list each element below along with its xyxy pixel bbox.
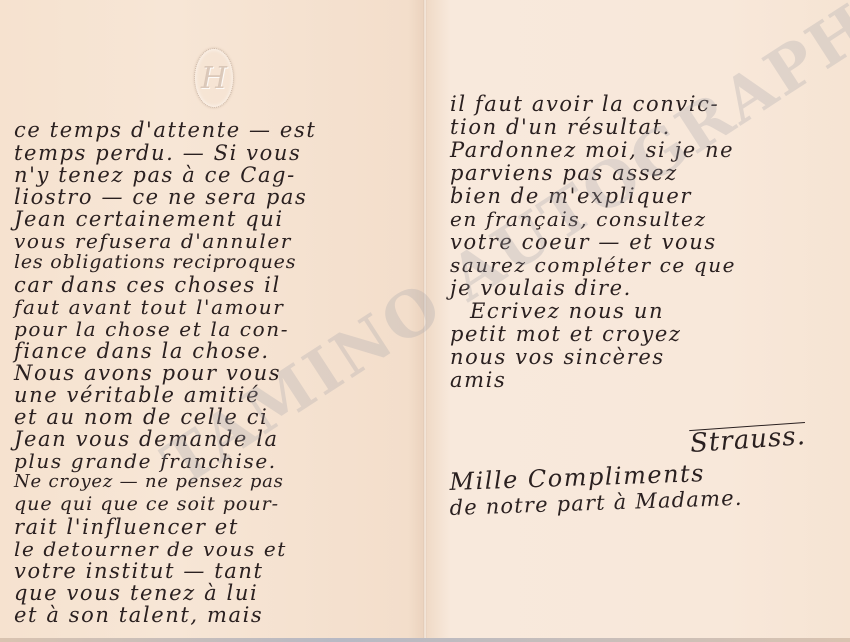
handwritten-line: temps perdu. — Si vous [14, 141, 301, 165]
signature: Strauss. [689, 422, 806, 457]
handwritten-line: en français, consultez [450, 207, 707, 231]
handwritten-line: rait l'influencer et [14, 515, 239, 539]
handwritten-line: et au nom de celle ci [14, 405, 268, 429]
handwritten-line: Pardonnez moi, si je ne [450, 138, 734, 162]
handwritten-line: que vous tenez à lui [14, 581, 258, 605]
page-bottom-edge [0, 638, 850, 642]
handwritten-line: votre coeur — et vous [450, 230, 717, 254]
handwritten-line: n'y tenez pas à ce Cag- [14, 163, 296, 187]
handwritten-line: Ne croyez — ne pensez pas [14, 471, 284, 492]
handwritten-line: pour la chose et la con- [14, 317, 289, 341]
handwritten-line: Jean vous demande la [14, 427, 279, 451]
handwritten-line: tion d'un résultat. [450, 115, 671, 139]
handwritten-line: nous vos sincères [450, 345, 665, 369]
handwritten-line: petit mot et croyez [450, 322, 682, 346]
handwritten-line: et à son talent, mais [14, 603, 263, 627]
handwritten-line: les obligations reciproques [14, 251, 296, 273]
handwritten-line: le detourner de vous et [14, 537, 287, 561]
handwritten-line: saurez compléter ce que [450, 253, 736, 277]
handwritten-line: amis [450, 368, 506, 392]
handwritten-line: votre institut — tant [14, 559, 264, 583]
handwritten-line: une véritable amitié [14, 383, 260, 407]
letter-spread: H ce temps d'attente — est temps perdu. … [0, 0, 850, 642]
handwritten-line: bien de m'expliquer [450, 184, 692, 208]
handwritten-line: parviens pas assez [450, 161, 678, 185]
handwritten-line: plus grande franchise. [14, 449, 277, 473]
handwritten-line: faut avant tout l'amour [14, 295, 284, 319]
handwritten-line: ce temps d'attente — est [14, 118, 316, 142]
handwritten-line: Nous avons pour vous [14, 361, 281, 385]
handwritten-line: il faut avoir la convic- [450, 92, 719, 116]
handwritten-line: fiance dans la chose. [14, 339, 270, 363]
handwritten-line: vous refusera d'annuler [14, 229, 292, 253]
embossed-monogram-icon: H [194, 48, 234, 108]
handwritten-line: je voulais dire. [450, 276, 632, 300]
handwritten-line: liostro — ce ne sera pas [14, 185, 307, 209]
handwritten-line: que qui que ce soit pour- [14, 493, 279, 515]
handwritten-line: car dans ces choses il [14, 273, 281, 297]
handwritten-line: Jean certainement qui [14, 207, 284, 231]
handwritten-line: Ecrivez nous un [470, 299, 664, 323]
center-fold [423, 0, 427, 642]
